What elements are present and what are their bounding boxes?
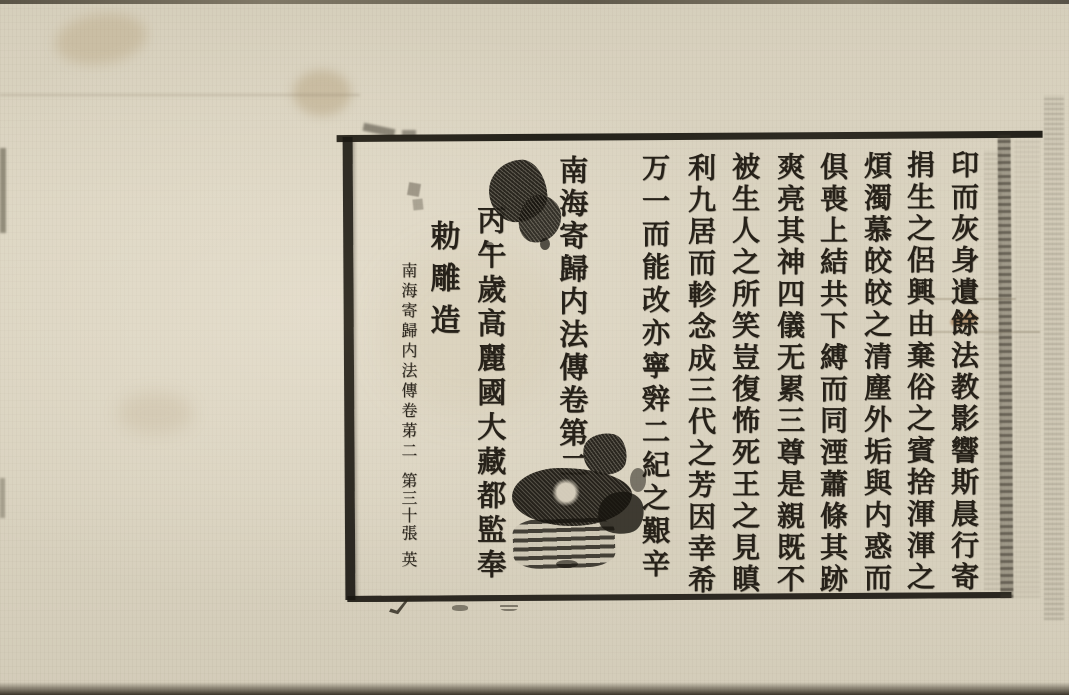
crease-line-left [0,94,360,96]
colophon-column-2: 勅雕造 [424,220,459,346]
text-column-2: 捐生之侶興由棄俗之賓捨渾渾之 [902,150,935,594]
ink-blot-bottom-speck-2 [556,560,578,568]
below-border-speck-1 [452,605,468,611]
stain-top-mid [293,70,351,116]
text-column-5: 爽亮其神四儀无累三尊是親既不 [772,152,805,596]
text-column-7: 利九居而軫念成三代之芳因幸希 [683,153,716,597]
ghost-mark-2 [412,199,423,211]
sheet-marker-number: 第三十張 [399,472,416,542]
text-column-4: 倶喪上結共下縛而同湮蕭條其跡 [815,152,848,596]
sheet-marker-case-character: 英 [399,551,416,571]
end-title-column: 南海寄歸内法傳卷第二 [554,155,588,483]
manuscript-photo: 印而灰身遺餘法教影響斯晨行寄 捐生之侶興由棄俗之賓捨渾渾之 煩濁慕皎皎之清塵外垢… [0,0,1069,695]
photo-bottom-edge [0,682,1069,695]
smudge-band-paper-edge [1044,95,1064,620]
sheet-marker-column: 南海寄歸内法傳卷苐二第三十張英 [397,262,416,571]
stain-left-mid [118,392,193,434]
frame-border-left [343,137,356,600]
colophon-column-1: 丙午歲高麗國大藏都監奉 [472,205,506,583]
above-border-smudge-2 [402,130,416,136]
text-column-1: 印而灰身遺餘法教影響斯晨行寄 [946,150,979,594]
ink-blot-top-speck-1 [540,238,550,250]
ink-blot-bottom-speck-1 [630,468,646,492]
photo-left-edge-mark [0,148,6,233]
ink-blot-top-speck-2 [486,242,494,250]
ghost-mark-1 [407,182,421,197]
smudge-band-inner-right [984,150,1002,590]
stain-top-left [52,8,150,70]
text-column-6: 被生人之所笑豈復怖死王之見瞋 [727,152,760,596]
sheet-marker-title: 南海寄歸内法傳卷苐二 [399,262,416,462]
smudge-band-outer-right [1014,140,1040,598]
photo-top-edge [0,0,1069,4]
photo-left-edge-mark-2 [0,478,5,518]
below-border-speck-2 [500,603,518,611]
text-column-3: 煩濁慕皎皎之清塵外垢與内惑而 [859,151,892,595]
frame-border-top [337,131,1043,142]
